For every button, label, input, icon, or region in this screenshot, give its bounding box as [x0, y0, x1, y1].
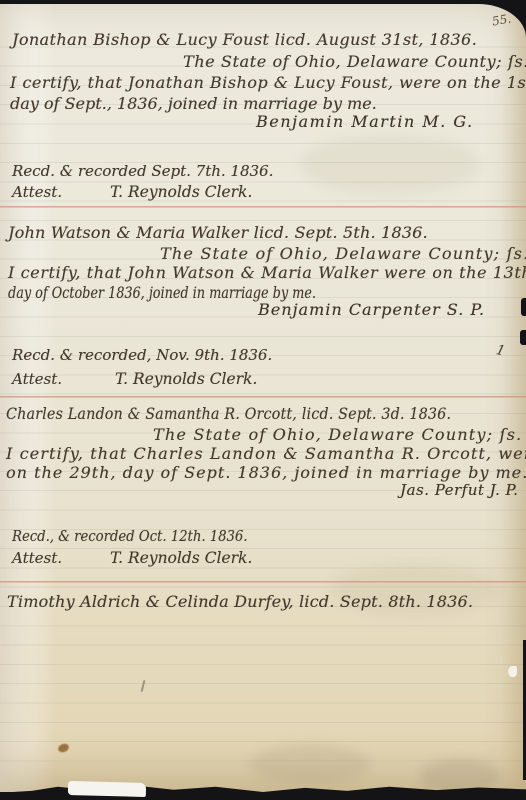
signature-line: Benjamin Martin M. G. — [256, 112, 474, 131]
entry-header-line: Jonathan Bishop & Lucy Foust licd. Augus… — [12, 30, 477, 49]
clerk-signature: T. Reynolds Clerk. — [115, 370, 257, 388]
torn-paper-bit — [68, 781, 146, 797]
clerk-signature: T. Reynolds Clerk. — [110, 549, 252, 567]
attest-label: Attest. — [12, 549, 62, 567]
page-edge-notch — [520, 330, 526, 345]
section-divider-rule — [0, 396, 526, 398]
section-divider-rule — [0, 581, 526, 583]
signature-line: Jas. Perfut J. P. — [400, 481, 518, 499]
entry-header-line: Timothy Aldrich & Celinda Durfey, licd. … — [7, 592, 473, 611]
recorded-line: Recd. & recorded, Nov. 9th. 1836. — [12, 346, 272, 364]
torn-paper-bit — [508, 666, 517, 677]
certify-line: I certify, that John Watson & Maria Walk… — [8, 263, 526, 282]
recorded-line: Recd. & recorded Sept. 7th. 1836. — [12, 162, 273, 180]
certify-line: day of Sept., 1836, joined in marriage b… — [10, 94, 377, 113]
page-edge-notch — [521, 298, 526, 316]
state-line: The State of Ohio, Delaware County; ſs. — [160, 244, 526, 263]
certify-line: on the 29th, day of Sept. 1836, joined i… — [6, 463, 526, 482]
state-line: The State of Ohio, Delaware County; ſs. — [153, 425, 522, 444]
state-line: The State of Ohio, Delaware County; ſs. — [183, 52, 526, 71]
attest-label: Attest. — [12, 183, 62, 201]
signature-line: Benjamin Carpenter S. P. — [258, 300, 485, 319]
attest-label: Attest. — [12, 370, 62, 388]
scanned-ledger-page: 55. 1 Jonathan Bishop & Lucy Foust licd.… — [0, 0, 526, 800]
ruled-lines — [0, 28, 526, 776]
section-divider-rule — [0, 206, 526, 208]
clerk-signature: T. Reynolds Clerk. — [110, 183, 252, 201]
certify-line: I certify, that Charles Landon & Samanth… — [6, 444, 526, 463]
certify-line: I certify, that Jonathan Bishop & Lucy F… — [10, 73, 526, 92]
recorded-line: Recd., & recorded Oct. 12th. 1836. — [12, 527, 248, 545]
entry-header-line: John Watson & Maria Walker licd. Sept. 5… — [8, 223, 428, 242]
entry-header-line: Charles Landon & Samantha R. Orcott, lic… — [6, 405, 451, 423]
